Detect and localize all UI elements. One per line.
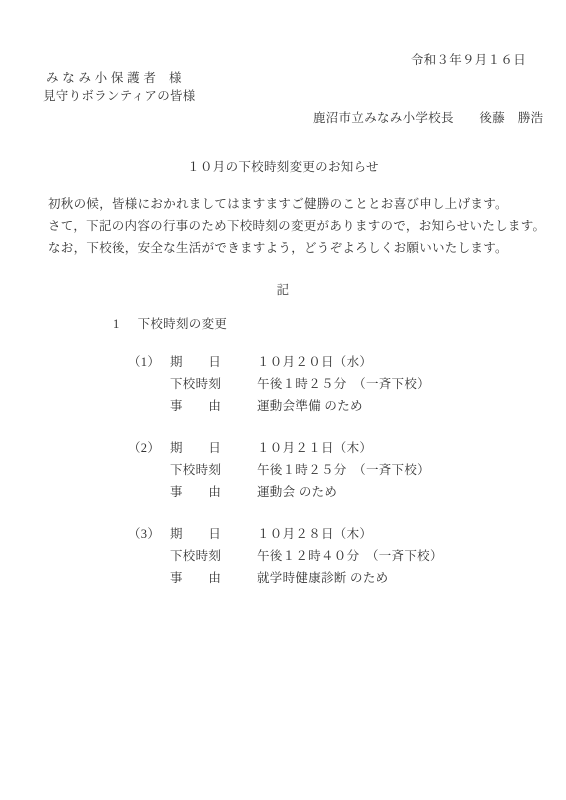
item-row-value: 午後１２時４０分 （一斉下校） — [257, 545, 443, 567]
schedule-item-2: （2） 期 日 １０月２１日（木） 下校時刻 午後１時２５分 （一斉下校） 事 … — [128, 437, 443, 503]
record-marker: 記 — [0, 279, 566, 301]
recipient-volunteers: 見守りボランティアの皆様 — [43, 87, 196, 105]
greeting-line-2: さて，下記の内容の行事のため下校時刻の変更がありますので，お知らせいたします。 — [48, 215, 545, 237]
document-title: １０月の下校時刻変更のお知らせ — [0, 157, 566, 177]
schedule-item-3: （3） 期 日 １０月２８日（木） 下校時刻 午後１２時４０分 （一斉下校） 事… — [128, 523, 443, 589]
sender-line: 鹿沼市立みなみ小学校長 後藤 勝浩 — [313, 109, 543, 127]
notice-document-page: 令和３年９月１６日 み な み 小 保 護 者 様 見守りボランティアの皆様 鹿… — [0, 0, 566, 800]
item-row: （3） 期 日 １０月２８日（木） — [128, 523, 443, 545]
greeting-line-1: 初秋の候，皆様におかれましてはますますご健勝のこととお喜び申し上げます。 — [48, 193, 545, 215]
item-marker-spacer — [128, 545, 170, 567]
item-row-label: 事 由 — [170, 481, 222, 503]
greeting-paragraph: 初秋の候，皆様におかれましてはますますご健勝のこととお喜び申し上げます。 さて，… — [48, 193, 545, 259]
item-row-value: 就学時健康診断 のため — [257, 567, 388, 589]
item-marker: （1） — [128, 351, 170, 373]
item-row-value: １０月２１日（木） — [257, 437, 372, 459]
item-row-value: 午後１時２５分 （一斉下校） — [257, 373, 430, 395]
item-row-label: 下校時刻 — [170, 373, 222, 395]
item-row-label: 期 日 — [170, 437, 222, 459]
item-row: 事 由 就学時健康診断 のため — [128, 567, 443, 589]
item-row-value: １０月２８日（木） — [257, 523, 372, 545]
item-row-label: 事 由 — [170, 395, 222, 417]
item-row-label: 期 日 — [170, 351, 222, 373]
recipient-parents: み な み 小 保 護 者 様 — [46, 69, 182, 87]
item-row-label: 下校時刻 — [170, 459, 222, 481]
item-marker-spacer — [128, 481, 170, 503]
item-row-value: １０月２０日（水） — [257, 351, 372, 373]
schedule-items: （1） 期 日 １０月２０日（水） 下校時刻 午後１時２５分 （一斉下校） 事 … — [128, 351, 443, 589]
item-row: （2） 期 日 １０月２１日（木） — [128, 437, 443, 459]
item-row-label: 下校時刻 — [170, 545, 222, 567]
schedule-item-1: （1） 期 日 １０月２０日（水） 下校時刻 午後１時２５分 （一斉下校） 事 … — [128, 351, 443, 417]
item-marker-spacer — [128, 373, 170, 395]
section-title: 下校時刻の変更 — [138, 317, 228, 331]
item-row: 事 由 運動会準備 のため — [128, 395, 443, 417]
item-marker-spacer — [128, 459, 170, 481]
item-marker-spacer — [128, 567, 170, 589]
item-row: （1） 期 日 １０月２０日（水） — [128, 351, 443, 373]
item-row: 事 由 運動会 のため — [128, 481, 443, 503]
item-row-value: 午後１時２５分 （一斉下校） — [257, 459, 430, 481]
item-row-value: 運動会 のため — [257, 481, 337, 503]
item-marker-spacer — [128, 395, 170, 417]
item-row: 下校時刻 午後１時２５分 （一斉下校） — [128, 459, 443, 481]
item-marker: （2） — [128, 437, 170, 459]
item-row: 下校時刻 午後１２時４０分 （一斉下校） — [128, 545, 443, 567]
item-row-label: 事 由 — [170, 567, 222, 589]
item-marker: （3） — [128, 523, 170, 545]
item-row-value: 運動会準備 のため — [257, 395, 363, 417]
item-row: 下校時刻 午後１時２５分 （一斉下校） — [128, 373, 443, 395]
date-line: 令和３年９月１６日 — [0, 51, 526, 69]
section-number: 1 — [113, 317, 120, 331]
item-row-label: 期 日 — [170, 523, 222, 545]
greeting-line-3: なお，下校後，安全な生活ができますよう，どうぞよろしくお願いいたします。 — [48, 237, 545, 259]
section-heading: 1下校時刻の変更 — [113, 313, 227, 335]
